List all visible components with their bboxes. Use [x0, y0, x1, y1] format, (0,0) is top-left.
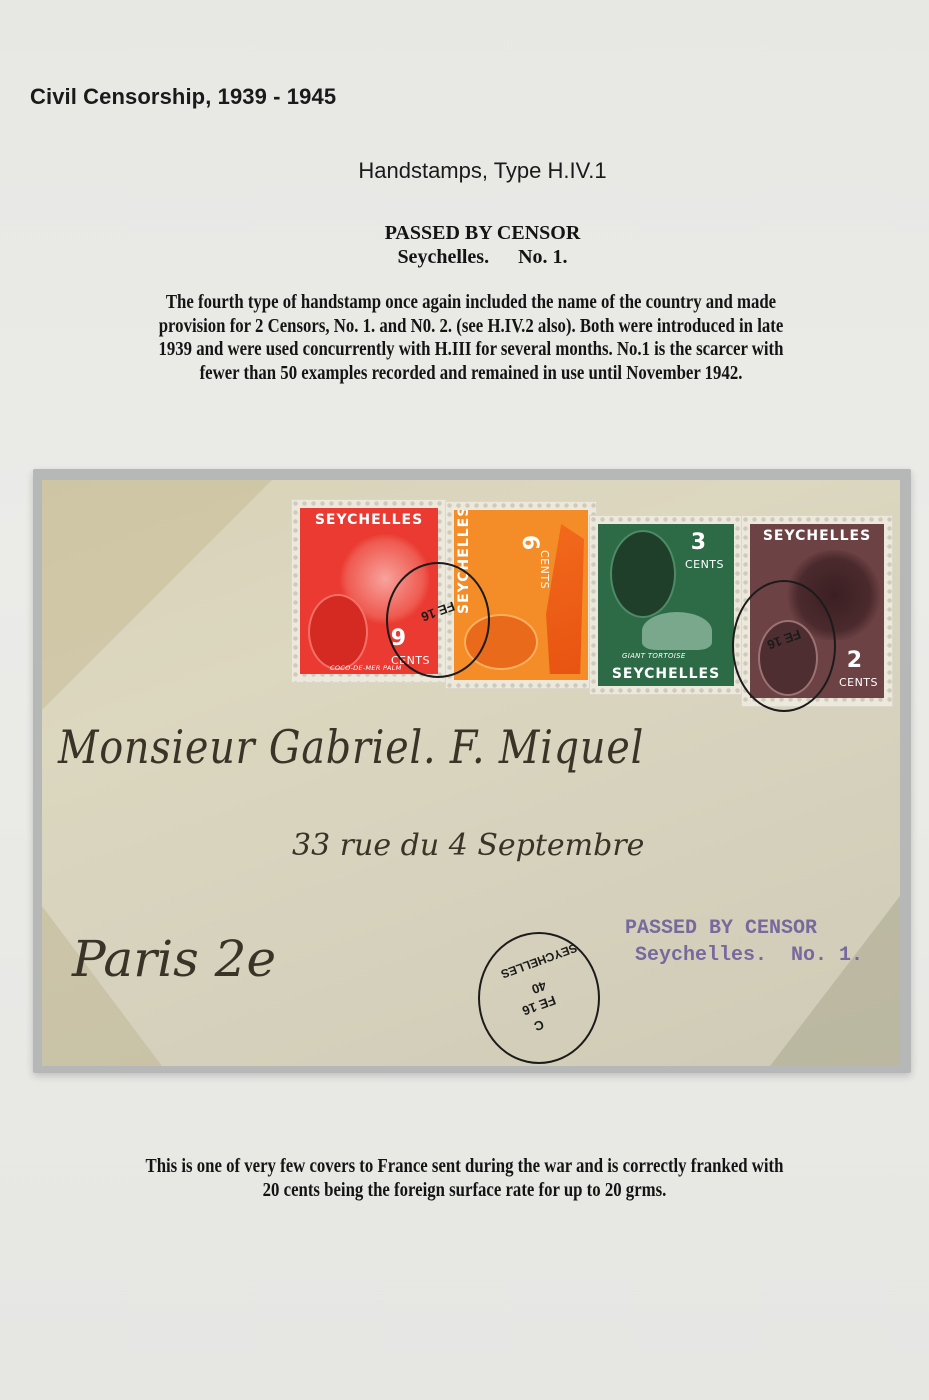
footer-line: This is one of very few covers to France…: [65, 1155, 864, 1179]
handstamp-number: No. 1.: [518, 246, 567, 268]
footer-line: 20 cents being the foreign surface rate …: [65, 1179, 864, 1203]
postmark-victoria: FE 16: [386, 562, 490, 678]
king-portrait-image: [308, 594, 368, 670]
postmark-victoria: FE 16: [732, 580, 836, 712]
description-line: fewer than 50 examples recorded and rema…: [78, 362, 864, 386]
stamp-country: SEYCHELLES: [300, 512, 438, 528]
page-subtitle: Handstamps, Type H.IV.1: [0, 158, 929, 184]
stamp-unit: CENTS: [685, 558, 724, 571]
king-portrait-image: [610, 530, 676, 618]
stamp-caption: GIANT TORTOISE: [622, 652, 686, 660]
address-line-recipient: Monsieur Gabriel. F. Miquel: [58, 720, 644, 774]
stamp-caption: COCO-DE-MER PALM: [330, 664, 401, 672]
stamp-value: 3: [691, 530, 706, 555]
censor-line2: Seychelles.No. 1.: [625, 942, 863, 969]
description-line: The fourth type of handstamp once again …: [78, 291, 864, 315]
stamp-unit: CENTS: [538, 550, 551, 589]
envelope-flap-shadow: [42, 480, 272, 710]
description-paragraph: The fourth type of handstamp once again …: [78, 291, 864, 385]
description-line: 1939 and were used concurrently with H.I…: [78, 338, 864, 362]
censor-handstamp: PASSED BY CENSOR Seychelles.No. 1.: [625, 915, 863, 969]
stamp-3-cents: 3 CENTS GIANT TORTOISE SEYCHELLES: [590, 516, 742, 694]
censor-line1: PASSED BY CENSOR: [625, 915, 863, 942]
stamp-unit: CENTS: [839, 676, 878, 689]
postmark-date: FE 16: [388, 587, 487, 635]
boat-image: [546, 524, 584, 674]
page-title: Civil Censorship, 1939 - 1945: [30, 84, 336, 110]
stamp-value: 6: [517, 535, 542, 550]
address-line-street: 33 rue du 4 Septembre: [292, 828, 644, 863]
postmark-victoria-seychelles: SEYCHELLES 40 FE 16 C: [478, 932, 600, 1064]
handstamp-heading-line1: PASSED BY CENSOR: [36, 221, 929, 245]
censor-number: No. 1.: [791, 944, 863, 967]
address-line-city: Paris 2e: [72, 930, 276, 988]
stamp-country: SEYCHELLES: [750, 528, 884, 544]
handstamp-heading-line2: Seychelles. No. 1.: [36, 245, 929, 269]
handstamp-heading: PASSED BY CENSOR Seychelles. No. 1.: [0, 221, 929, 269]
stamp-country: SEYCHELLES: [598, 666, 734, 682]
tortoise-image: [642, 612, 712, 650]
postmark-date: FE 16: [734, 615, 833, 663]
stamp-value: 2: [847, 648, 862, 673]
postal-cover: SEYCHELLES 9 CENTS COCO-DE-MER PALM SEYC…: [42, 480, 900, 1066]
description-line: provision for 2 Censors, No. 1. and N0. …: [78, 315, 864, 339]
footer-note: This is one of very few covers to France…: [65, 1155, 864, 1203]
handstamp-place: Seychelles.: [397, 246, 489, 268]
censor-place: Seychelles.: [635, 944, 767, 967]
